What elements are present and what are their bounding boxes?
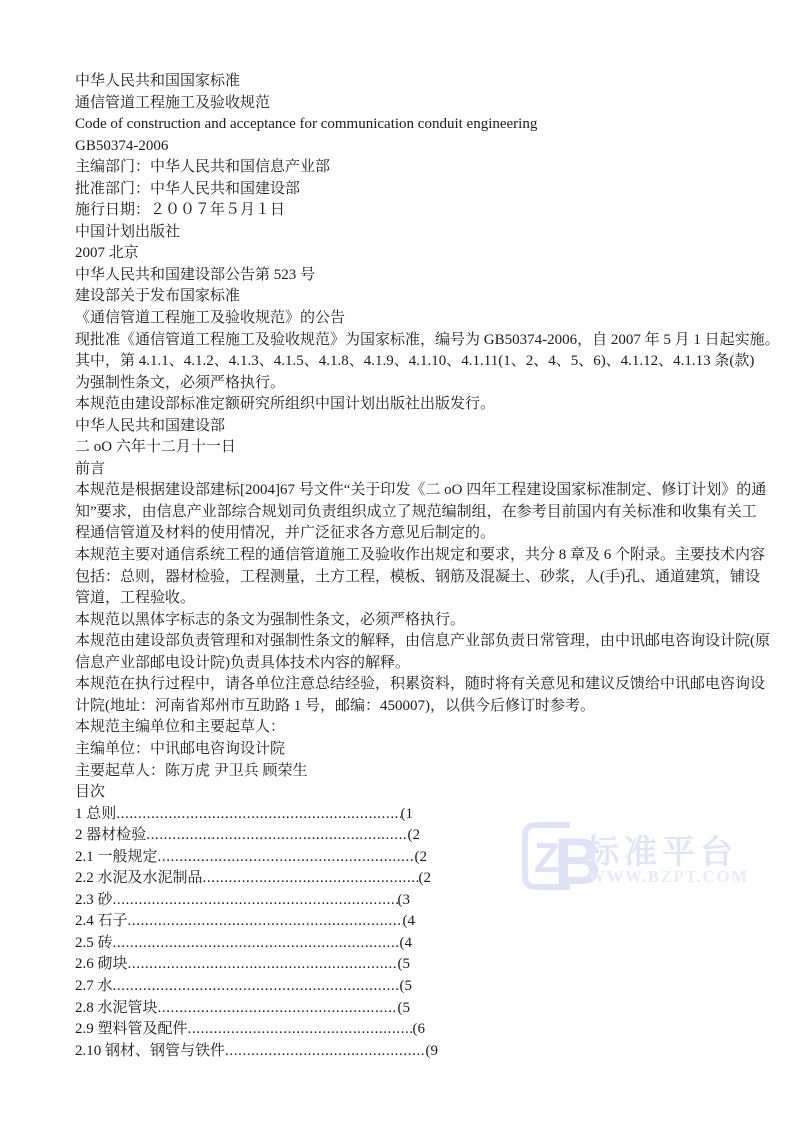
text-line: 主编单位：中讯邮电咨询设计院 [75,739,735,761]
toc-dot-leader: ........................................… [158,998,398,1020]
text-line: 《通信管道工程施工及验收规范》的公告 [75,308,735,330]
text-line: 本规范主要对通信系统工程的通信管道施工及验收作出规定和要求，共分 8 章及 6 … [75,545,735,567]
toc-dot-leader: ........................................… [113,890,398,912]
text-line: 主要起草人：陈万虎 尹卫兵 顾荣生 [75,761,735,783]
toc-dot-leader: ........................................… [113,933,400,955]
toc-dot-leader: ........................................… [113,976,400,998]
text-line: 知”要求，由信息产业部综合规划司负责组织成立了规范编制组，在参考目前国内有关标准… [75,502,735,524]
text-line: 本规范由建设部负责管理和对强制性条文的解释，由信息产业部负责日常管理，由中讯邮电… [75,631,735,653]
toc-row: 2.3 砂...................................… [75,890,410,912]
document-content: 中华人民共和国国家标准通信管道工程施工及验收规范Code of construc… [75,71,735,1062]
toc-label: 2.4 石子 [75,911,128,933]
text-line: 程通信管道及材料的使用情况，并广泛征求各方意见后制定的。 [75,523,735,545]
toc-row: 2.10 钢材、钢管与铁件...........................… [75,1041,438,1063]
text-line: 通信管道工程施工及验收规范 [75,93,735,115]
text-line: 主编部门：中华人民共和国信息产业部 [75,157,735,179]
toc-row: 2.9 塑料管及配件..............................… [75,1019,425,1041]
text-line: 2007 北京 [75,243,735,265]
toc-page-number: (3 [398,890,411,912]
text-line: GB50374-2006 [75,136,735,158]
text-line: 施行日期：２００７年５月１日 [75,200,735,222]
toc-row: 2.7 水...................................… [75,976,412,998]
document-page: Z B 标准平台 WWW.BZPT.COM 中华人民共和国国家标准通信管道工程施… [0,0,800,1133]
toc-page-number: (1 [401,804,414,826]
toc-label: 2.8 水泥管块 [75,998,158,1020]
text-line: 本规范主编单位和主要起草人： [75,717,735,739]
text-line: 目次 [75,782,735,804]
toc-page-number: (4 [400,933,413,955]
text-line: 前言 [75,459,735,481]
toc-page-number: (2 [408,825,421,847]
toc-label: 2.10 钢材、钢管与铁件 [75,1041,225,1063]
toc-label: 2 器材检验 [75,825,146,847]
toc-page-number: (2 [415,847,428,869]
toc-dot-leader: ........................................… [158,847,415,869]
toc-label: 2.7 水 [75,976,113,998]
toc-label: 2.9 塑料管及配件 [75,1019,188,1041]
toc-dot-leader: ........................................… [128,911,403,933]
toc-row: 2 器材检验..................................… [75,825,420,847]
toc-page-number: (6 [413,1019,426,1041]
text-line: 本规范是根据建设部建标[2004]67 号文件“关于印发《二 oO 四年工程建设… [75,480,735,502]
text-line: 管道，工程验收。 [75,588,735,610]
toc-label: 2.1 一般规定 [75,847,158,869]
text-line: 计院(地址：河南省郑州市互助路 1 号，邮编：450007)，以供今后修订时参考… [75,696,735,718]
toc-row: 2.1 一般规定................................… [75,847,427,869]
toc-row: 2.2 水泥及水泥制品.............................… [75,868,431,890]
toc-label: 2.5 砖 [75,933,113,955]
text-line: 其中，第 4.1.1、4.1.2、4.1.3、4.1.5、4.1.8、4.1.9… [75,351,735,373]
toc-label: 1 总则 [75,804,116,826]
toc-page-number: (5 [398,954,411,976]
text-line: Code of construction and acceptance for … [75,114,735,136]
text-line: 批准部门：中华人民共和国建设部 [75,179,735,201]
toc-label: 2.3 砂 [75,890,113,912]
text-line: 信息产业部邮电设计院)负责具体技术内容的解释。 [75,653,735,675]
toc-dot-leader: ........................................… [203,868,419,890]
text-line: 中华人民共和国建设部公告第 523 号 [75,265,735,287]
toc-page-number: (4 [403,911,416,933]
toc-page-number: (5 [398,998,411,1020]
text-line: 中华人民共和国建设部 [75,416,735,438]
text-line: 现批准《通信管道工程施工及验收规范》为国家标准，编号为 GB50374-2006… [75,330,735,352]
text-line: 本规范在执行过程中，请各单位注意总结经验，积累资料，随时将有关意见和建议反馈给中… [75,674,735,696]
toc-row: 1 总则....................................… [75,804,413,826]
text-line: 本规范由建设部标准定额研究所组织中国计划出版社出版发行。 [75,394,735,416]
text-line: 中华人民共和国国家标准 [75,71,735,93]
text-line: 中国计划出版社 [75,222,735,244]
toc-row: 2.6 砌块..................................… [75,954,410,976]
text-line: 二 oO 六年十二月十一日 [75,437,735,459]
text-line: 为强制性条文，必须严格执行。 [75,373,735,395]
toc-page-number: (2 [419,868,432,890]
toc-label: 2.2 水泥及水泥制品 [75,868,203,890]
text-line: 建设部关于发布国家标准 [75,286,735,308]
toc-dot-leader: ........................................… [116,804,400,826]
toc-dot-leader: ........................................… [128,954,398,976]
toc-label: 2.6 砌块 [75,954,128,976]
toc-row: 2.4 石子..................................… [75,911,415,933]
toc-dot-leader: ........................................… [188,1019,413,1041]
toc-row: 2.8 水泥管块................................… [75,998,410,1020]
toc-dot-leader: ........................................… [146,825,407,847]
text-line: 包括：总则，器材检验，工程测量，土方工程，模板、钢筋及混凝土、砂浆，人(手)孔、… [75,567,735,589]
toc-dot-leader: ........................................… [225,1041,425,1063]
text-line: 本规范以黑体字标志的条文为强制性条文，必须严格执行。 [75,610,735,632]
toc-page-number: (9 [426,1041,439,1063]
toc-page-number: (5 [400,976,413,998]
toc-row: 2.5 砖...................................… [75,933,412,955]
